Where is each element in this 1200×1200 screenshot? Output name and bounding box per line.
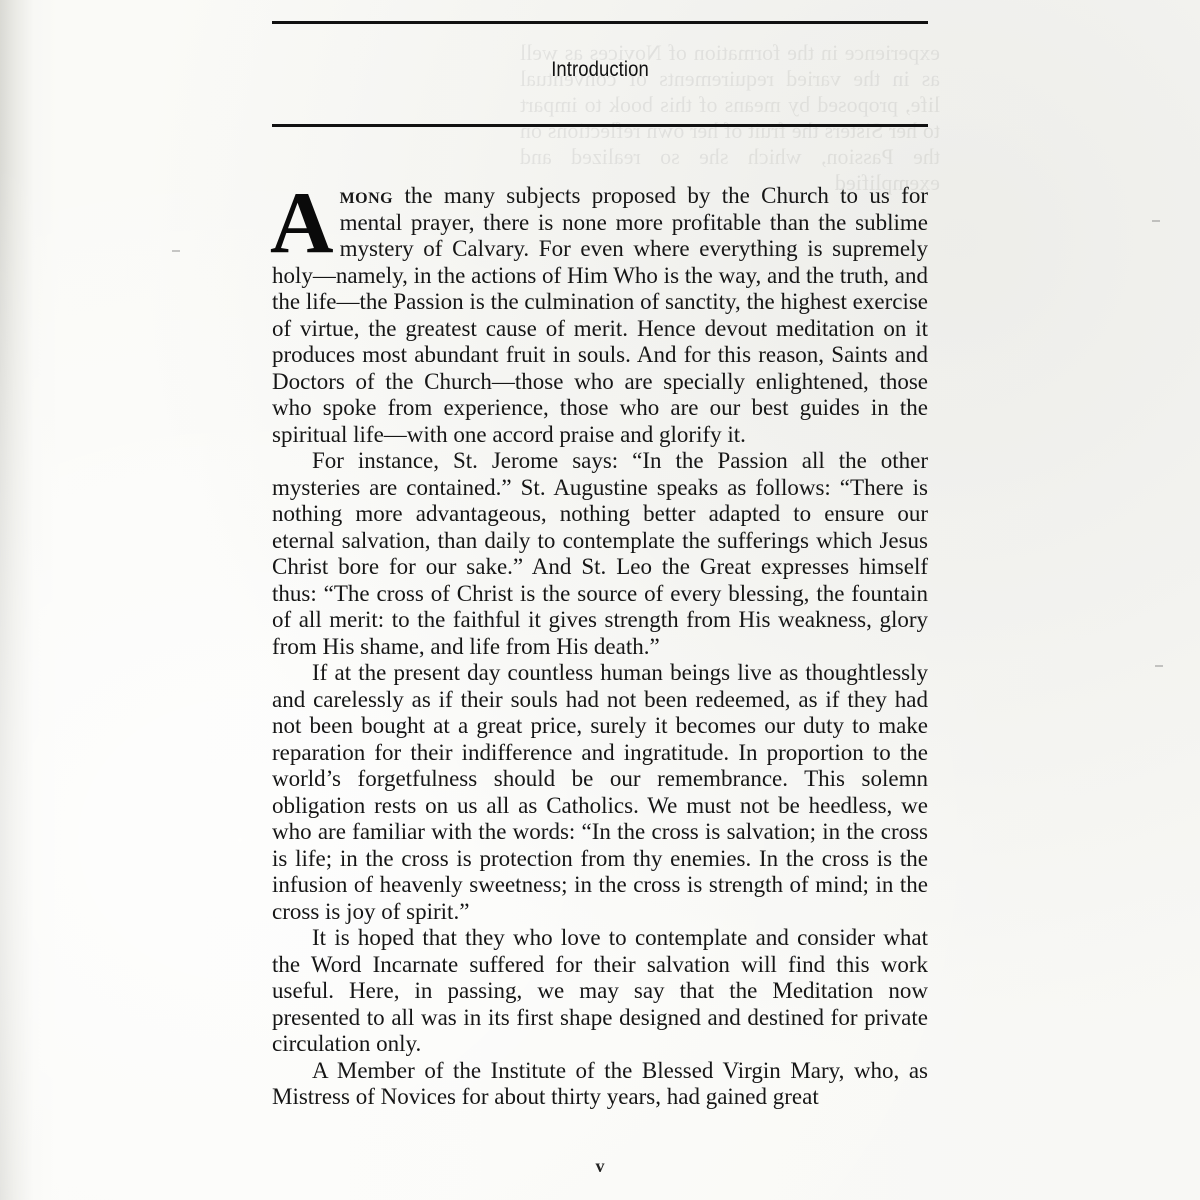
paragraph-4: It is hoped that they who love to contem…: [272, 925, 928, 1058]
paragraph-2: For instance, St. Jerome says: “In the P…: [272, 448, 928, 660]
page-number: v: [572, 1156, 628, 1177]
paragraph-1: Among the many subjects proposed by the …: [272, 183, 928, 448]
paper-speck: [1155, 665, 1163, 667]
drop-cap: A: [270, 189, 334, 259]
chapter-heading: Introduction: [311, 58, 888, 82]
paragraph-1-text: the many subjects proposed by the Church…: [272, 183, 928, 447]
paragraph-5: A Member of the Institute of the Blessed…: [272, 1058, 928, 1111]
paper-speck: [1152, 220, 1160, 222]
heading-rule-bottom: [272, 124, 928, 127]
heading-rule-top: [272, 21, 928, 24]
body-text: Among the many subjects proposed by the …: [272, 183, 928, 1111]
paper-speck: [172, 250, 180, 252]
paragraph-3: If at the present day countless human be…: [272, 660, 928, 925]
book-page: experience in the formation of Novices a…: [0, 0, 1200, 1200]
lead-in-smallcaps: mong: [340, 183, 394, 208]
